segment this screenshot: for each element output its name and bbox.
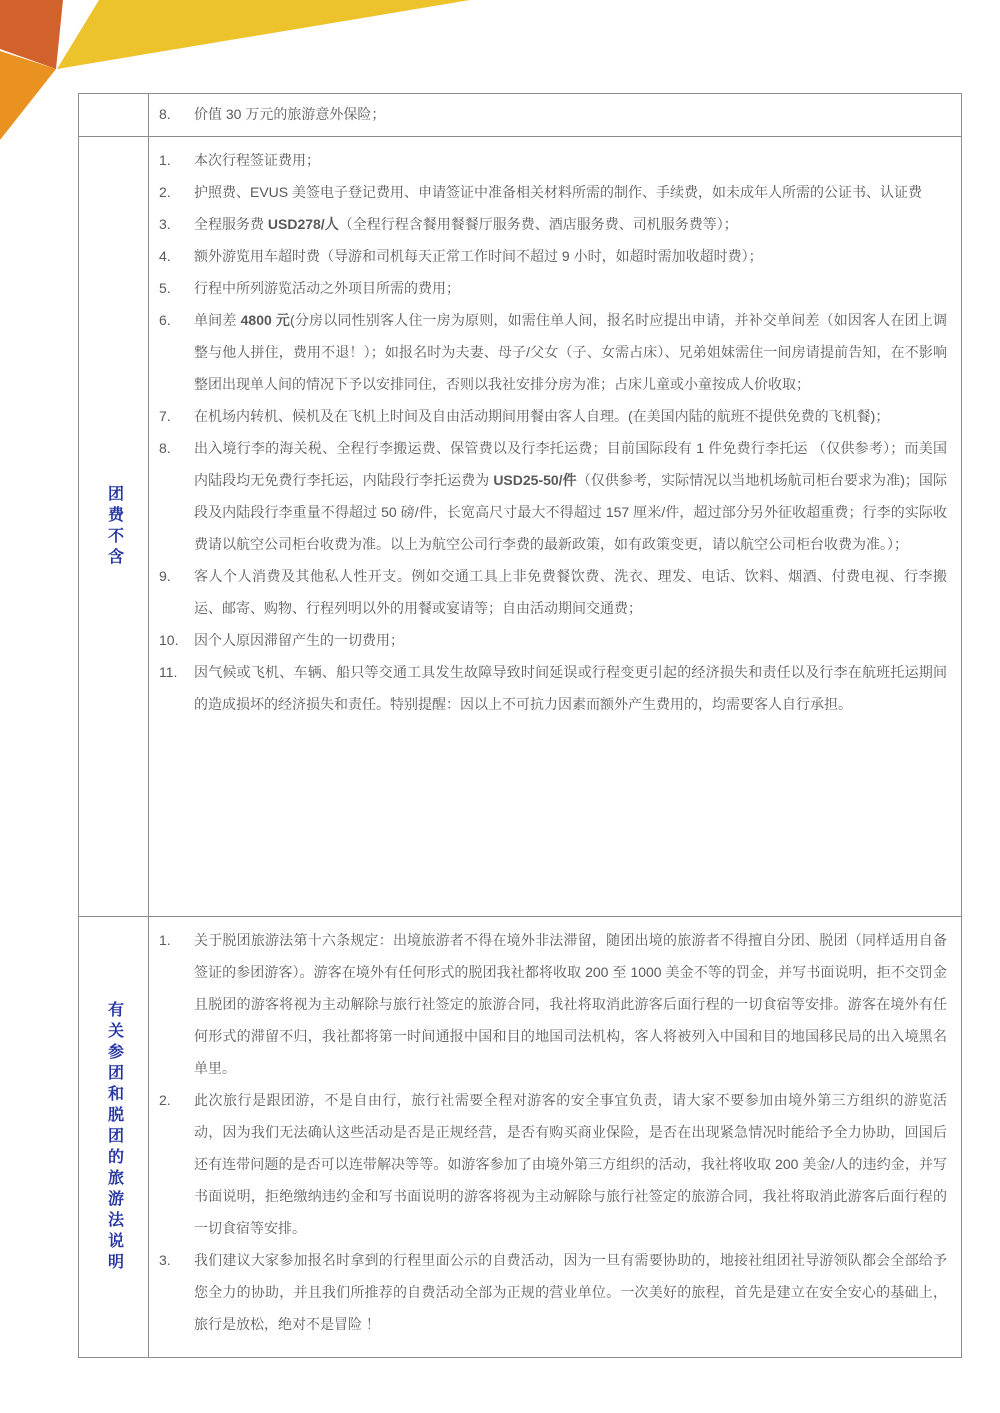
list-item-number: 7. (159, 400, 194, 432)
list-item-text: 价值 30 万元的旅游意外保险； (194, 98, 947, 130)
list-item: 11.因气候或飞机、车辆、船只等交通工具发生故障导致时间延误或行程变更引起的经济… (159, 656, 947, 720)
section-header-cell: 团费不含 (79, 137, 149, 916)
section-header-cell (79, 94, 149, 136)
list-item-number: 4. (159, 240, 194, 272)
list-item-number: 3. (159, 1244, 194, 1340)
list-item-number: 6. (159, 304, 194, 400)
list-item: 2.护照费、EVUS 美签电子登记费用、申请签证中准备相关材料所需的制作、手续费… (159, 176, 947, 208)
list-item-text: 单间差 4800 元(分房以同性别客人住一房为原则，如需住单人间，报名时应提出申… (194, 304, 947, 400)
list-item: 2.此次旅行是跟团游，不是自由行，旅行社需要全程对游客的安全事宜负责，请大家不要… (159, 1084, 947, 1244)
list-item: 1.本次行程签证费用； (159, 144, 947, 176)
list-item: 6.单间差 4800 元(分房以同性别客人住一房为原则，如需住单人间，报名时应提… (159, 304, 947, 400)
list-item-number: 8. (159, 432, 194, 560)
list-item-text: 因气候或飞机、车辆、船只等交通工具发生故障导致时间延误或行程变更引起的经济损失和… (194, 656, 947, 720)
list-item: 8.价值 30 万元的旅游意外保险； (159, 98, 947, 130)
list-item: 5.行程中所列游览活动之外项目所需的费用； (159, 272, 947, 304)
table-section-row: 8.价值 30 万元的旅游意外保险； (79, 94, 961, 136)
section-header-text: 有关参团和脱团的旅游法说明 (106, 1001, 122, 1274)
list-item: 3.全程服务费 USD278/人（全程行程含餐用餐餐厅服务费、酒店服务费、司机服… (159, 208, 947, 240)
list-item-text: 关于脱团旅游法第十六条规定：出境旅游者不得在境外非法滞留，随团出境的旅游者不得擅… (194, 924, 947, 1084)
list-item: 8.出入境行李的海关税、全程行李搬运费、保管费以及行李托运费；目前国际段有 1 … (159, 432, 947, 560)
list-item-number: 3. (159, 208, 194, 240)
section-header-text: 团费不含 (106, 485, 122, 569)
list-item: 1.关于脱团旅游法第十六条规定：出境旅游者不得在境外非法滞留，随团出境的旅游者不… (159, 924, 947, 1084)
list-item: 4.额外游览用车超时费（导游和司机每天正常工作时间不超过 9 小时，如超时需加收… (159, 240, 947, 272)
list-item-text: 此次旅行是跟团游，不是自由行，旅行社需要全程对游客的安全事宜负责，请大家不要参加… (194, 1084, 947, 1244)
list-item-number: 8. (159, 98, 194, 130)
list-item: 7.在机场内转机、候机及在飞机上时间及自由活动期间用餐由客人自理。(在美国内陆的… (159, 400, 947, 432)
list-item-text: 客人个人消费及其他私人性开支。例如交通工具上非免费餐饮费、洗衣、理发、电话、饮料… (194, 560, 947, 624)
list-item-number: 9. (159, 560, 194, 624)
terms-table: 8.价值 30 万元的旅游意外保险；团费不含1.本次行程签证费用；2.护照费、E… (78, 93, 962, 1358)
list-item-text: 因个人原因滞留产生的一切费用； (194, 624, 947, 656)
list-item-text: 额外游览用车超时费（导游和司机每天正常工作时间不超过 9 小时，如超时需加收超时… (194, 240, 947, 272)
list-item-number: 11. (159, 656, 194, 720)
list-item-number: 5. (159, 272, 194, 304)
yellow-triangle-icon (57, 0, 470, 69)
document-page: { "colors": { "header_blue": "#2434a2", … (0, 0, 1000, 1413)
list-item: 9.客人个人消费及其他私人性开支。例如交通工具上非免费餐饮费、洗衣、理发、电话、… (159, 560, 947, 624)
list-item-text: 护照费、EVUS 美签电子登记费用、申请签证中准备相关材料所需的制作、手续费，如… (194, 176, 947, 208)
list-item-text: 在机场内转机、候机及在飞机上时间及自由活动期间用餐由客人自理。(在美国内陆的航班… (194, 400, 947, 432)
list-item-number: 10. (159, 624, 194, 656)
table-section-row: 有关参团和脱团的旅游法说明1.关于脱团旅游法第十六条规定：出境旅游者不得在境外非… (79, 916, 961, 1357)
list-item: 10.因个人原因滞留产生的一切费用； (159, 624, 947, 656)
list-item-number: 2. (159, 176, 194, 208)
list-item-text: 全程服务费 USD278/人（全程行程含餐用餐餐厅服务费、酒店服务费、司机服务费… (194, 208, 947, 240)
list-item-text: 本次行程签证费用； (194, 144, 947, 176)
list-item-number: 1. (159, 924, 194, 1084)
table-section-row: 团费不含1.本次行程签证费用；2.护照费、EVUS 美签电子登记费用、申请签证中… (79, 136, 961, 916)
list-item-number: 1. (159, 144, 194, 176)
section-content-cell: 1.关于脱团旅游法第十六条规定：出境旅游者不得在境外非法滞留，随团出境的旅游者不… (149, 917, 961, 1357)
list-item-text: 出入境行李的海关税、全程行李搬运费、保管费以及行李托运费；目前国际段有 1 件免… (194, 432, 947, 560)
list-item-text: 我们建议大家参加报名时拿到的行程里面公示的自费活动，因为一旦有需要协助的，地接社… (194, 1244, 947, 1340)
section-header-cell: 有关参团和脱团的旅游法说明 (79, 917, 149, 1357)
list-item-text: 行程中所列游览活动之外项目所需的费用； (194, 272, 947, 304)
section-content-cell: 1.本次行程签证费用；2.护照费、EVUS 美签电子登记费用、申请签证中准备相关… (149, 137, 961, 916)
list-item: 3.我们建议大家参加报名时拿到的行程里面公示的自费活动，因为一旦有需要协助的，地… (159, 1244, 947, 1340)
section-content-cell: 8.价值 30 万元的旅游意外保险； (149, 94, 961, 136)
list-item-number: 2. (159, 1084, 194, 1244)
